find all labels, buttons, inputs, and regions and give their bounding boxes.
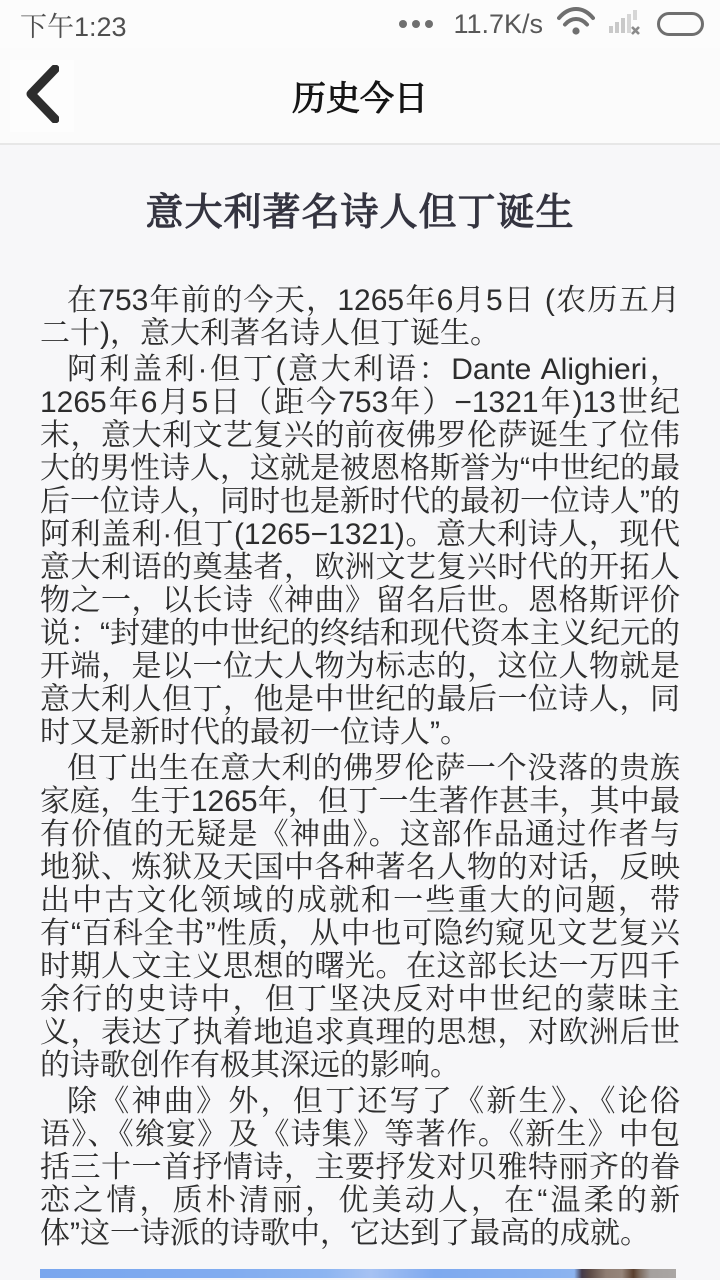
back-chevron-icon (25, 65, 59, 126)
article-paragraph-2: 阿利盖利·但丁(意大利语：Dante Alighieri，1265年6月5日（距… (40, 353, 680, 749)
page-title: 历史今日 (292, 71, 428, 120)
status-icons: 11.7K/s (399, 7, 704, 42)
battery-icon (657, 12, 704, 36)
status-time: 下午1:23 (20, 5, 127, 44)
article-paragraph-4: 除《神曲》外，但丁还写了《新生》、《论俗语》、《飨宴》及《诗集》等著作。《新生》… (40, 1085, 680, 1250)
article-image (40, 1269, 676, 1278)
more-dots-icon (399, 20, 433, 28)
article-paragraph-3: 但丁出生在意大利的佛罗伦萨一个没落的贵族家庭，生于1265年，但丁一生著作甚丰，… (40, 752, 680, 1082)
signal-no-sim-icon (609, 8, 643, 41)
article-paragraph-1: 在753年前的今天，1265年6月5日 (农历五月二十)，意大利著名诗人但丁诞生… (40, 284, 680, 350)
back-button[interactable] (10, 60, 74, 132)
network-speed: 11.7K/s (453, 9, 543, 40)
article-body: 在753年前的今天，1265年6月5日 (农历五月二十)，意大利著名诗人但丁诞生… (40, 284, 680, 1250)
status-bar: 下午1:23 11.7K/s (0, 0, 720, 48)
app-bar: 历史今日 (0, 48, 720, 145)
wifi-icon (557, 7, 595, 42)
article-title: 意大利著名诗人但丁诞生 (0, 181, 720, 236)
article-scroll-area[interactable]: 意大利著名诗人但丁诞生 在753年前的今天，1265年6月5日 (农历五月二十)… (0, 145, 720, 1278)
screen: 下午1:23 11.7K/s (0, 0, 720, 1280)
